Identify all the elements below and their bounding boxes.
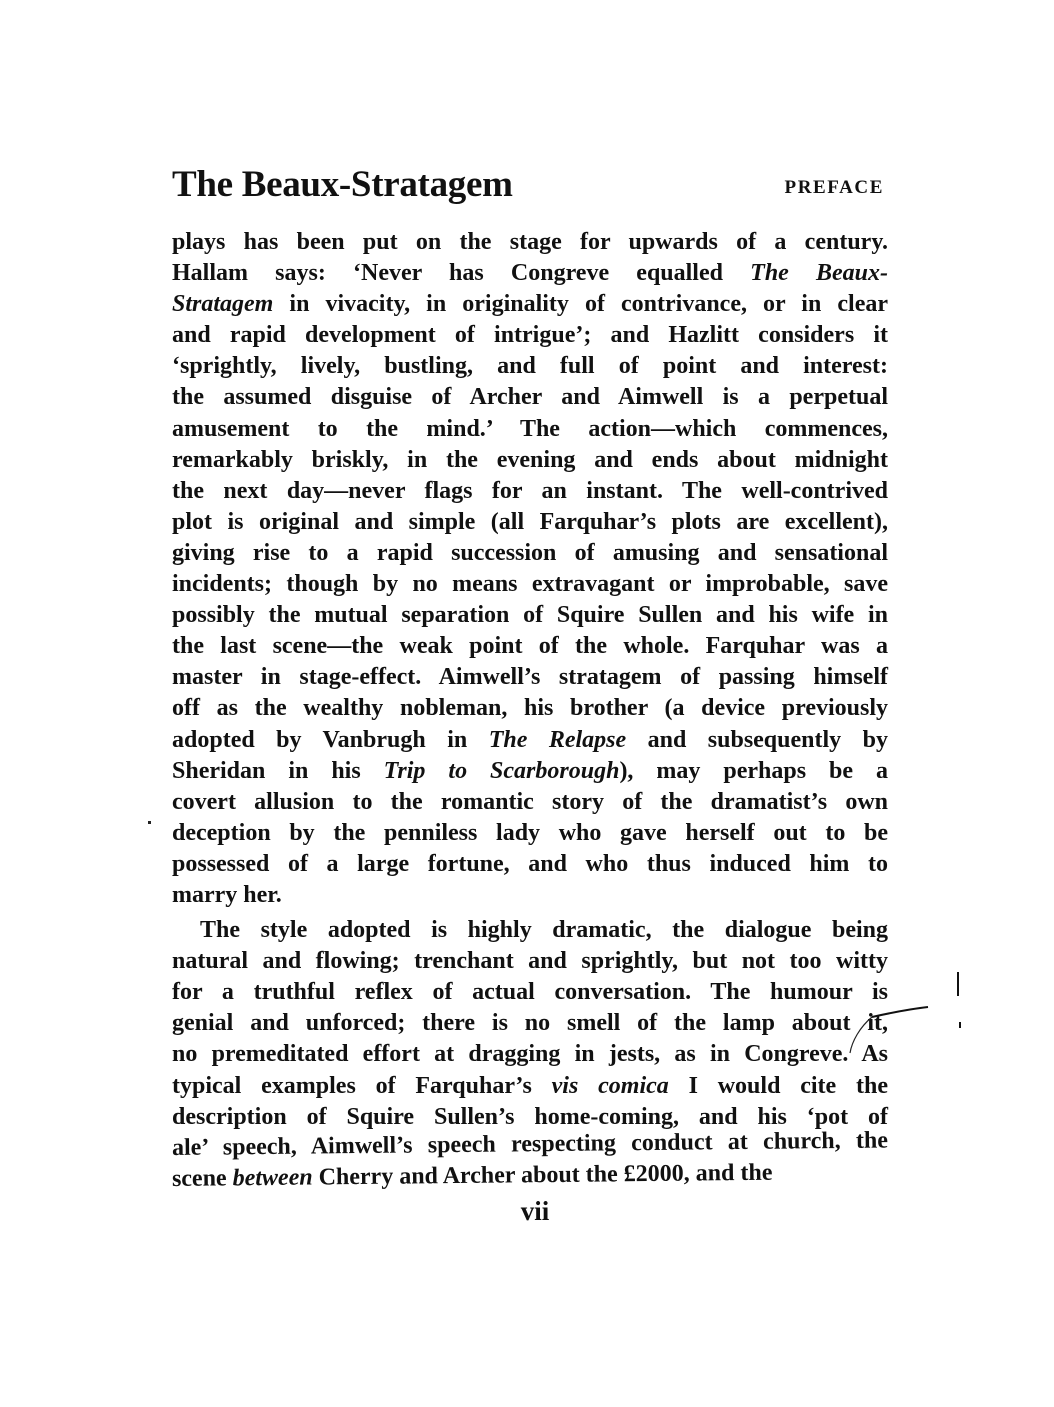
text-run: The style adopted is highly dramatic, th… xyxy=(200,917,888,943)
text-line: covert allusion to the romantic story of… xyxy=(172,787,888,818)
text-run: deception by the penniless lady who gave… xyxy=(172,820,888,846)
text-run: covert allusion to the romantic story of… xyxy=(172,789,888,815)
text-line: possessed of a large fortune, and who th… xyxy=(172,849,888,880)
text-run: ), may perhaps be a xyxy=(619,758,888,784)
text-line: deception by the penniless lady who gave… xyxy=(172,818,888,849)
margin-bar-mark xyxy=(957,972,959,996)
pen-stroke-mark xyxy=(840,1005,950,1065)
text-line: the last scene—the weak point of the who… xyxy=(172,631,888,662)
text-line: adopted by Vanbrugh in The Relapse and s… xyxy=(172,725,888,756)
text-run: Cherry and Archer about the £2000, and t… xyxy=(312,1160,772,1191)
text-run: incidents; though by no means extravagan… xyxy=(172,571,888,597)
text-line: amusement to the mind.’ The action—which… xyxy=(172,414,888,445)
text-run: master in stage-effect. Aimwell’s strata… xyxy=(172,664,888,690)
text-line: no premeditated effort at dragging in je… xyxy=(172,1039,888,1070)
text-line: genial and unforced; there is no smell o… xyxy=(172,1008,888,1039)
text-line: off as the wealthy nobleman, his brother… xyxy=(172,693,888,724)
text-run: Sheridan in his xyxy=(172,758,384,784)
running-head: The Beaux-Stratagem PREFACE xyxy=(172,160,884,210)
text-line: and rapid development of intrigue’; and … xyxy=(172,320,888,351)
text-run: plot is original and simple (all Farquha… xyxy=(172,509,888,535)
text-run: ‘sprightly, lively, bustling, and full o… xyxy=(172,353,888,379)
text-run: scene xyxy=(172,1165,233,1192)
italic-title-text: between xyxy=(233,1164,313,1191)
italic-title-text: vis comica xyxy=(552,1073,669,1099)
italic-title-text: Trip to Scarborough xyxy=(384,758,620,784)
text-run: genial and unforced; there is no smell o… xyxy=(172,1010,888,1036)
text-run: amusement to the mind.’ The action—which… xyxy=(172,416,888,442)
text-line: plays has been put on the stage for upwa… xyxy=(172,227,888,258)
italic-title-text: The Beaux- xyxy=(750,260,888,286)
text-line: incidents; though by no means extravagan… xyxy=(172,569,888,600)
text-line: scene between Cherry and Archer about th… xyxy=(172,1156,888,1195)
text-line: Sheridan in his Trip to Scarborough), ma… xyxy=(172,756,888,787)
text-line: marry her. xyxy=(172,880,888,911)
text-line: giving rise to a rapid succession of amu… xyxy=(172,538,888,569)
text-run: the assumed disguise of Archer and Aimwe… xyxy=(172,384,888,410)
text-run: remarkably briskly, in the evening and e… xyxy=(172,447,888,473)
section-label: PREFACE xyxy=(784,168,884,208)
text-line: natural and flowing; trenchant and sprig… xyxy=(172,946,888,977)
text-run: the next day—never flags for an instant.… xyxy=(172,478,888,504)
body-text: plays has been put on the stage for upwa… xyxy=(172,227,888,1195)
text-line: the next day—never flags for an instant.… xyxy=(172,476,888,507)
text-run: ale’ speech, Aimwell’s speech respecting… xyxy=(172,1127,888,1160)
book-page: The Beaux-Stratagem PREFACE plays has be… xyxy=(0,0,1054,1407)
text-line: master in stage-effect. Aimwell’s strata… xyxy=(172,662,888,693)
text-run: and subsequently by xyxy=(626,727,888,753)
text-line: typical examples of Farquhar’s vis comic… xyxy=(172,1071,888,1102)
text-line: remarkably briskly, in the evening and e… xyxy=(172,445,888,476)
text-run: the last scene—the weak point of the who… xyxy=(172,633,888,659)
text-line: for a truthful reflex of actual conversa… xyxy=(172,977,888,1008)
text-run: typical examples of Farquhar’s xyxy=(172,1073,552,1099)
text-run: possessed of a large fortune, and who th… xyxy=(172,851,888,877)
text-line: The style adopted is highly dramatic, th… xyxy=(172,915,888,946)
text-line: the assumed disguise of Archer and Aimwe… xyxy=(172,382,888,413)
text-run: natural and flowing; trenchant and sprig… xyxy=(172,948,888,974)
text-run: off as the wealthy nobleman, his brother… xyxy=(172,695,888,721)
text-run: for a truthful reflex of actual conversa… xyxy=(172,979,888,1005)
italic-title-text: Stratagem xyxy=(172,291,273,317)
text-line: plot is original and simple (all Farquha… xyxy=(172,507,888,538)
text-run: giving rise to a rapid succession of amu… xyxy=(172,540,888,566)
text-line: Stratagem in vivacity, in originality of… xyxy=(172,289,888,320)
italic-title-text: The Relapse xyxy=(489,727,626,753)
margin-dot-mark xyxy=(148,821,151,824)
text-run: adopted by Vanbrugh in xyxy=(172,727,489,753)
text-run: marry her. xyxy=(172,882,282,908)
margin-comma-mark xyxy=(959,1022,961,1028)
text-run: possibly the mutual separation of Squire… xyxy=(172,602,888,628)
page-number: vii xyxy=(500,1193,570,1229)
text-line: ‘sprightly, lively, bustling, and full o… xyxy=(172,351,888,382)
book-title: The Beaux-Stratagem xyxy=(172,160,513,210)
text-run: in vivacity, in originality of contrivan… xyxy=(273,291,888,317)
text-run: I would cite the xyxy=(669,1073,888,1099)
text-run: plays has been put on the stage for upwa… xyxy=(172,229,888,255)
text-line: possibly the mutual separation of Squire… xyxy=(172,600,888,631)
text-run: no premeditated effort at dragging in je… xyxy=(172,1041,888,1067)
text-run: and rapid development of intrigue’; and … xyxy=(172,322,888,348)
text-line: Hallam says: ‘Never has Congreve equalle… xyxy=(172,258,888,289)
text-run: Hallam says: ‘Never has Congreve equalle… xyxy=(172,260,750,286)
